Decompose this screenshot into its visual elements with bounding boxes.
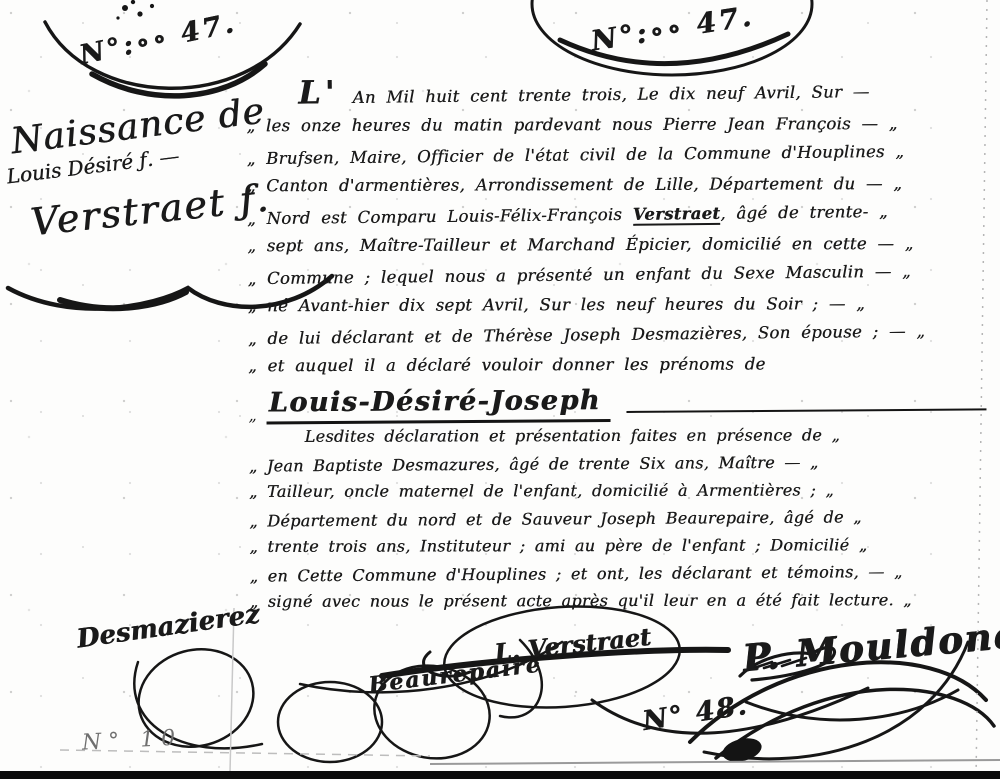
ink-specks: [116, 0, 154, 20]
child-full-name: Louis-Désiré-Joseph: [267, 385, 611, 424]
signature-beaurepaire: Beaurepaire: [367, 651, 543, 698]
body-line: „ Tailleur, oncle maternel de l'enfant, …: [249, 476, 991, 505]
act-body-text: L'An Mil huit cent trente trois, Le dix …: [246, 71, 992, 617]
body-line: „ en Cette Commune d'Houplines ; et ont,…: [250, 557, 992, 590]
act-number-top-center: N°:∘∘ 47.: [588, 0, 756, 58]
child-names-line: „ Louis-Désiré-Joseph: [248, 377, 990, 424]
act-number-faint: N° 10: [81, 725, 182, 755]
body-line: Lesdites déclaration et présentation fai…: [249, 421, 991, 450]
opening-initial-flourish: L': [298, 73, 339, 111]
act-number-next: N° 48.: [640, 690, 750, 737]
body-line: „ Département du nord et de Sauveur Jose…: [249, 502, 991, 535]
act-paragraph-1: L'An Mil huit cent trente trois, Le dix …: [246, 71, 990, 382]
birth-act-scan-page: N°:∘∘ 47. Naissance de Louis Désiré ƒ. —…: [0, 0, 1000, 779]
body-line-text: , âgé de trente- „: [720, 202, 888, 223]
body-line-text: „ Nord est Comparu Louis-Félix-François: [247, 205, 633, 228]
body-line: „ Jean Baptiste Desmazures, âgé de trent…: [249, 447, 991, 480]
act-paragraph-2: Lesdites déclaration et présentation fai…: [249, 419, 992, 617]
body-line: „ trente trois ans, Instituteur ; ami au…: [249, 531, 991, 560]
body-line: L'An Mil huit cent trente trois, Le dix …: [246, 70, 988, 114]
scan-edge-bottom: [0, 771, 1000, 779]
act-number-top-left: N°:∘∘ 47.: [77, 8, 239, 71]
line-start-tick: „: [248, 406, 256, 425]
father-surname-underlined: Verstraet: [633, 204, 721, 226]
body-line: „ et auquel il a déclaré vouloir donner …: [248, 349, 990, 382]
signature-desmazieres: Desmazierez: [75, 599, 262, 654]
signature-maire: P. Mouldone: [741, 612, 1000, 680]
body-line-text: An Mil huit cent trente trois, Le dix ne…: [352, 82, 869, 107]
body-line: „ signé avec nous le présent acte après …: [250, 586, 992, 615]
margin-title-surname: Verstraet ƒ.: [28, 176, 271, 245]
rule-line: [627, 408, 987, 413]
